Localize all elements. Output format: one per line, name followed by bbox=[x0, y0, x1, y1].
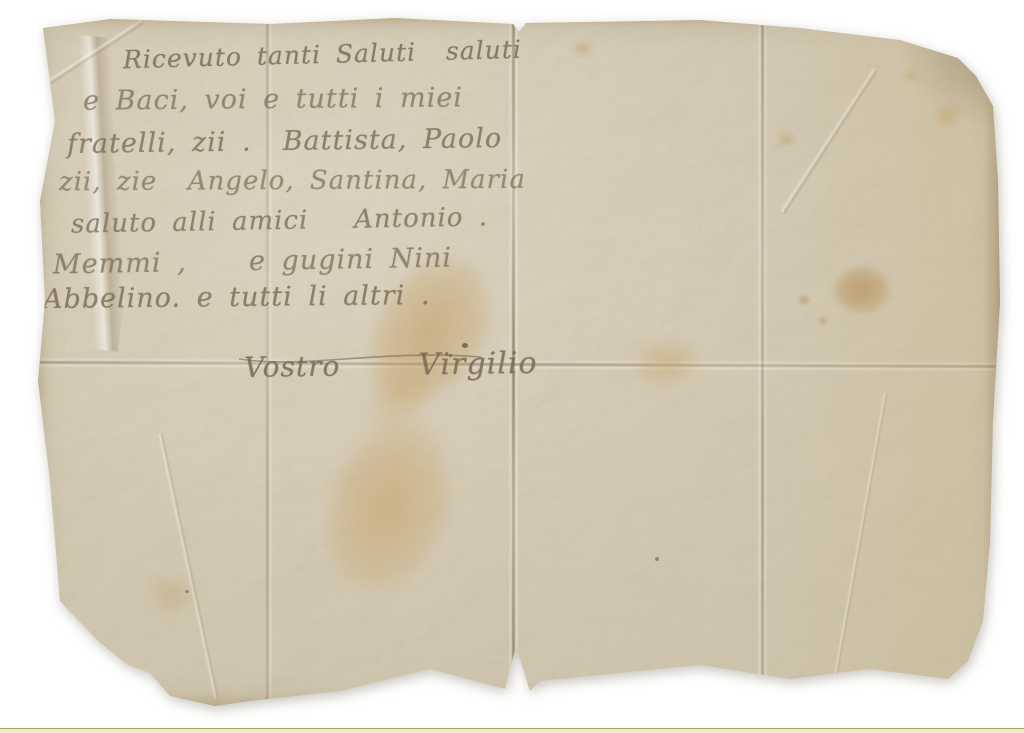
dirt-speck-2 bbox=[185, 590, 189, 593]
letter-paper: Ricevuto tanti Saluti saluti e Baci, voi… bbox=[35, 16, 1001, 708]
ink-speck-2 bbox=[449, 354, 452, 357]
ink-speck-1 bbox=[462, 343, 468, 348]
scanner-bed: Ricevuto tanti Saluti saluti e Baci, voi… bbox=[0, 0, 1024, 733]
letter-paper-wrap: Ricevuto tanti Saluti saluti e Baci, voi… bbox=[35, 16, 1001, 708]
dirt-speck-1 bbox=[655, 557, 659, 561]
right-vertical-fold-line bbox=[761, 16, 764, 708]
scanner-edge-strip bbox=[0, 728, 1024, 733]
